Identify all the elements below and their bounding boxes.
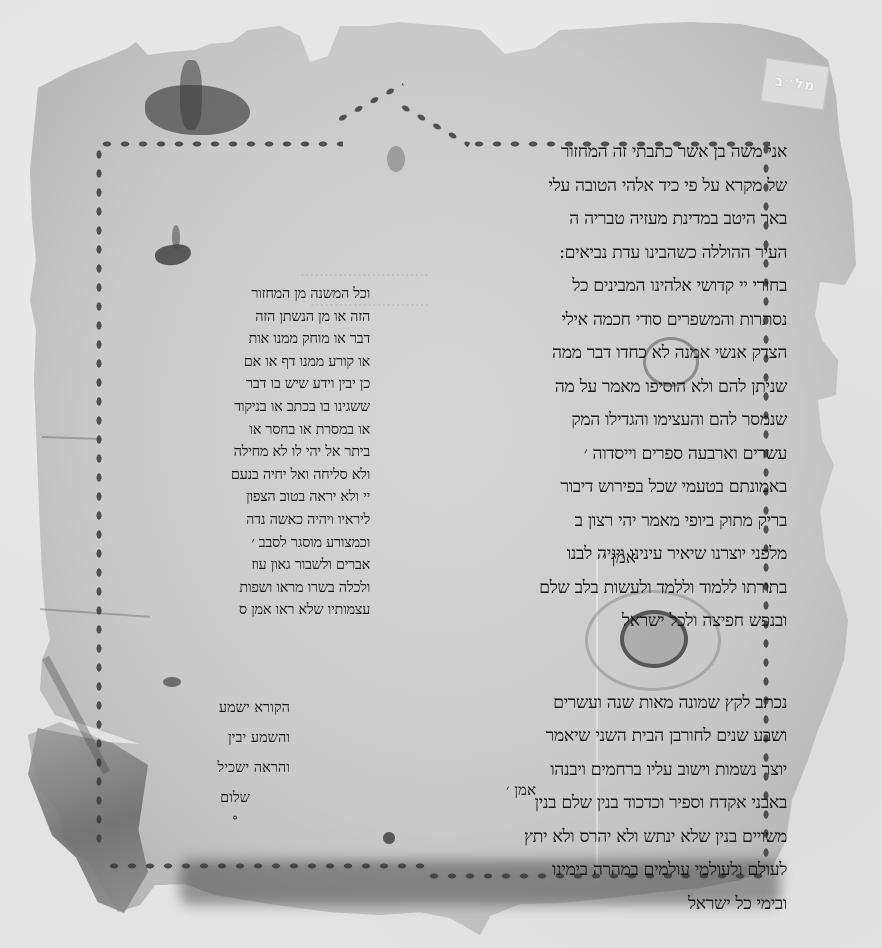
dotted-frame-left [95,145,103,850]
left-column-curse-formula: וכל המשנה מן המחזור הזה או מן הנשתן הזה … [138,283,370,622]
text-line: ששגינו בו בכתב או בניקוד [138,396,370,419]
text-line: באמונתם בטעמי שכל בפירוש דיבור [505,471,787,505]
text-line: נכתב לקץ שמונה מאות שנה ועשרים [505,687,787,721]
text-line: או קורע ממנו דף או אם [138,351,370,374]
closing-blessing: הקורא ישמע והשמע יבין והראה ישכיל שלום ° [180,693,290,829]
text-line: באבני אקדח וספיר וכדכוד בנין שלם בנין [505,787,787,821]
text-line: הקורא ישמע [180,693,290,723]
text-line: משויים בנין שלא ינתש ולא יהרס ולא יתץ [505,821,787,855]
right-column-colophon: אני משה בן אשר כתבתי זה המחזור של מקרא ע… [505,136,787,921]
show-through-text: ........................... [300,262,429,280]
text-line: עשרים וארבעה ספרים וייסדוה ׳ [505,438,787,472]
text-line: שלום [180,783,290,813]
text-line: והראה ישכיל [180,753,290,783]
text-line: ביתר אל יהי לו לא מחילה [138,441,370,464]
torn-flap [28,728,148,913]
text-line: ליראיו ויהיה כאשה נדה [138,509,370,532]
text-line: באר היטב במדינת מעזיה טבריה ה [505,203,787,237]
text-line: שנמסר להם והעצימו והגדילו המק [505,404,787,438]
text-line: ושבע שנים לחורבן הבית השני שיאמר [505,720,787,754]
text-line: מלפני יוצרנו שיאיר עינינו ויגיה לבנו [505,538,787,572]
text-line: אני משה בן אשר כתבתי זה המחזור [505,136,787,170]
text-line: יי ולא יראה בטוב הצפון [138,486,370,509]
manuscript-scan: ........................... ............… [0,0,882,948]
ink-blot-stain [180,60,202,130]
text-line: יוצר נשמות וישוב עליו ברחמים ויבנהו [505,754,787,788]
text-line: בתורתו ללמוד וללמד ולעשות בלב שלם [505,572,787,606]
text-line: של מקרא על פי כיד אלהי הטובה עלי [505,170,787,204]
faint-spot-stain [387,146,405,172]
text-line: ובימי כל ישראל [505,888,787,922]
end-mark-icon: ° [180,813,290,829]
text-line: נסתרות והמשפרים סודי חכמה אילי [505,304,787,338]
dark-dot-stain [383,832,395,844]
amen-mark: אמן ׳ [602,548,636,568]
text-line: כן יבין וידע שיש בו דבר [138,373,370,396]
text-line: או במסרת או בחסר או [138,419,370,442]
text-line: עצמותיו שלא ראו אמן ס [138,599,370,622]
text-line: לעולם ולעולמי עולמים במהרה בימינו [505,854,787,888]
dotted-frame-bottom [105,862,425,870]
text-line: בריק מתוק ביופי מאמר יהי רצון ב [505,505,787,539]
text-line: ולא סליחה ואל יחיה בנעם [138,464,370,487]
amen-mark: אמן ׳ [506,781,536,800]
text-line: שניתן להם ולא הוסיפו מאמר על מה [505,371,787,405]
text-line: אברים ולשבור גאון עוז [138,554,370,577]
dark-dot-stain [163,677,181,687]
text-line: העיר ההוללה כשהבינו עדת נביאים: [505,237,787,271]
dotted-frame-top-left [98,140,343,148]
text-line: וכל המשנה מן המחזור [138,283,370,306]
fleuron-ornament [172,225,180,249]
text-line: ובנפש חפיצה ולכל ישראל [505,605,787,639]
text-line: ולכלה בשרו מראו ושפות [138,577,370,600]
text-line: והשמע יבין [180,723,290,753]
text-line: הזה או מן הנשתן הזה [138,306,370,329]
text-line: בחורי יי קדושי אלהינו המבינים כל [505,270,787,304]
text-line: הצדק אנשי אמנה לא כחדו דבר ממה [505,337,787,371]
accession-label: מל״ב [760,58,830,110]
text-line: וכמצורע מוסגר לסבב ׳ [138,532,370,555]
text-line: דבר או מוחק ממנו אות [138,328,370,351]
